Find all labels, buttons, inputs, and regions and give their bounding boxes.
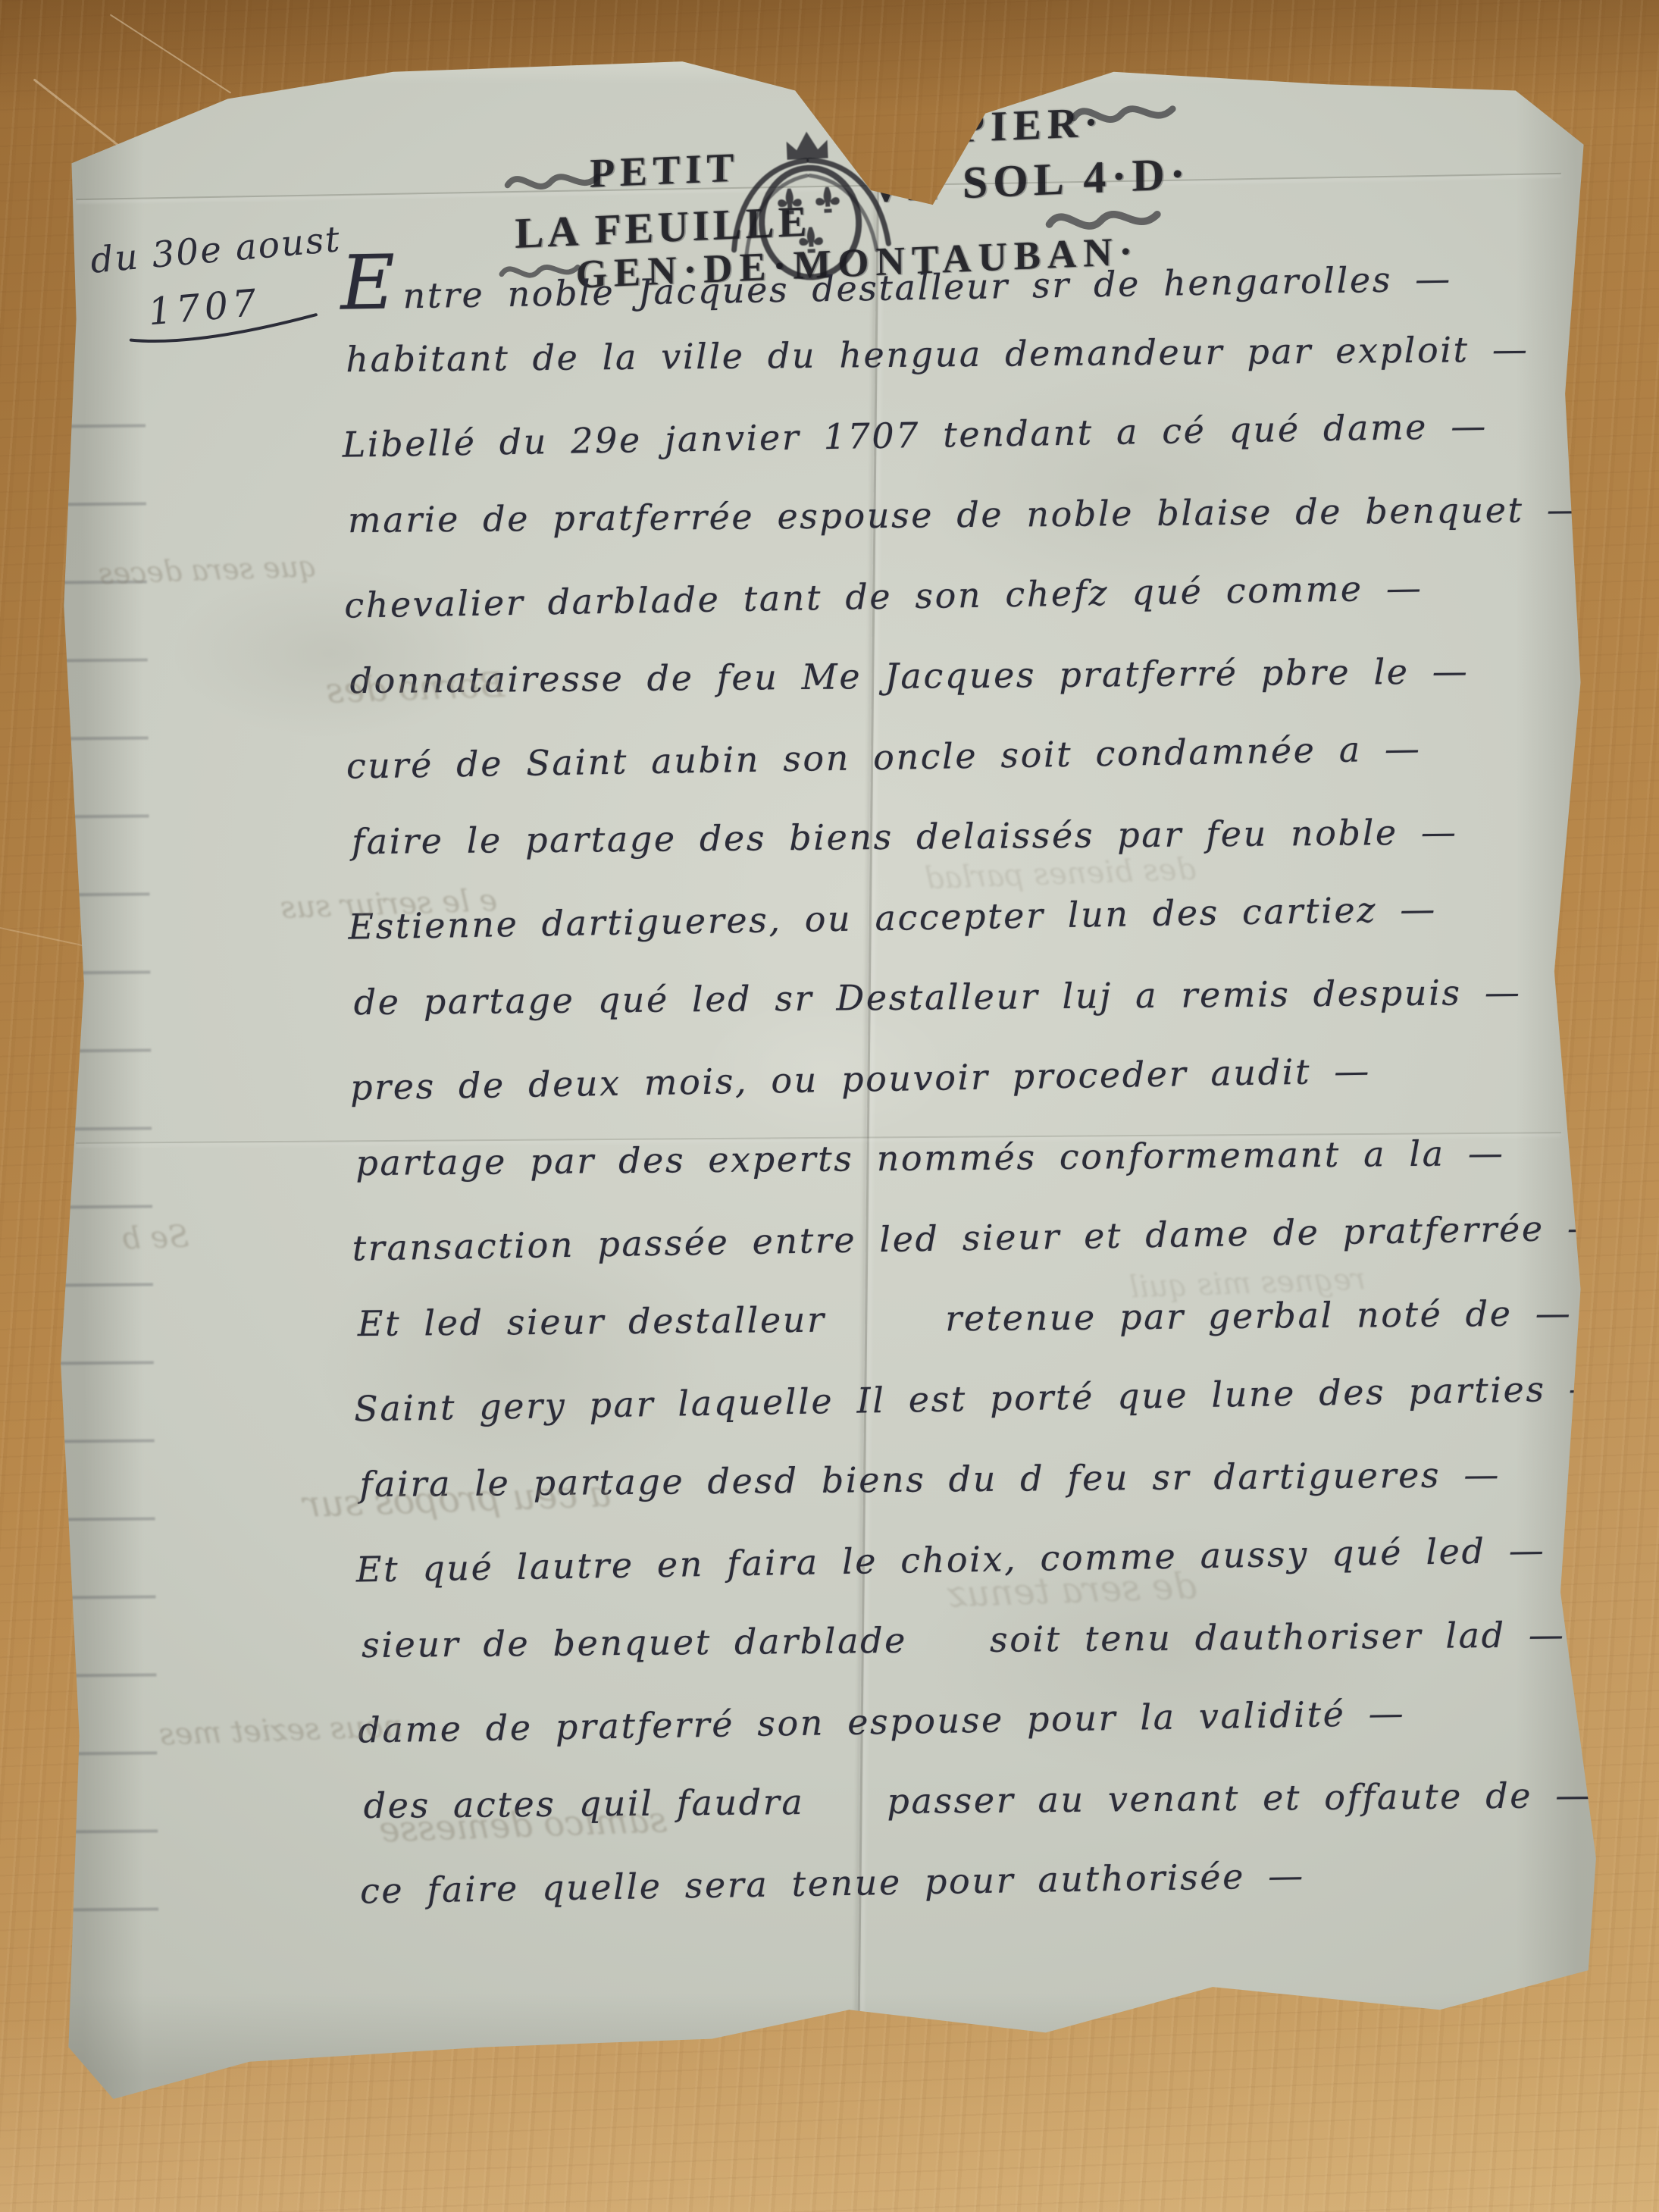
manuscript-line: Saint gery par laquelle Il est porté que…	[353, 1348, 1598, 1449]
stamp-text-petit: PETIT	[590, 143, 740, 196]
manuscript-line: Entre noble Jacques destalleur sr de hen…	[340, 223, 1584, 324]
ink-showthrough: que sera deces	[98, 550, 318, 591]
manuscript-line: de partage qué led sr Destalleur luj a r…	[353, 951, 1597, 1042]
fleur-de-lis-icon	[815, 186, 840, 213]
crown-icon	[786, 131, 828, 160]
stamp-scroll-flourish-icon	[503, 160, 603, 202]
ink-showthrough: de sera tenuz	[947, 1565, 1197, 1615]
manuscript-line: habitant de la ville du hengua demandeur…	[346, 309, 1589, 399]
table-scratch	[110, 14, 231, 93]
manuscript-line: dame de pratferré son espouse pour la va…	[358, 1669, 1602, 1770]
manuscript-line: Libellé du 29e janvier 1707 tendant a cé…	[342, 384, 1586, 484]
ink-showthrough: Se b	[121, 1219, 189, 1256]
manuscript-line: partage par des experts nommés conformem…	[355, 1112, 1599, 1203]
manuscript-line: Et led sieur destalleur retenue par gerb…	[357, 1273, 1601, 1364]
manuscript-line: curé de Saint aubin son oncle soit conda…	[346, 705, 1590, 806]
manuscript-line: pres de deux mois, ou pouvoir proceder a…	[349, 1026, 1594, 1127]
manuscript-line: donnatairesse de feu Me Jacques pratferr…	[349, 630, 1593, 721]
manuscript-line: transaction passée entre led sieur et da…	[352, 1187, 1596, 1288]
ink-showthrough: Borno des	[325, 664, 505, 711]
manuscript-line: chevalier darblade tant de son chefz qué…	[343, 544, 1588, 645]
manuscript-line: ce faire quelle sera tenue pour authoris…	[359, 1830, 1604, 1931]
manuscript-text: Entre noble Jacques destalleur sr de hen…	[340, 226, 1603, 1928]
manuscript-page: PETIT PAPIER· LA FEUILLE VN SOL 4·D· GEN…	[53, 30, 1599, 2107]
manuscript-line: marie de pratferrée espouse de noble bla…	[348, 469, 1592, 560]
